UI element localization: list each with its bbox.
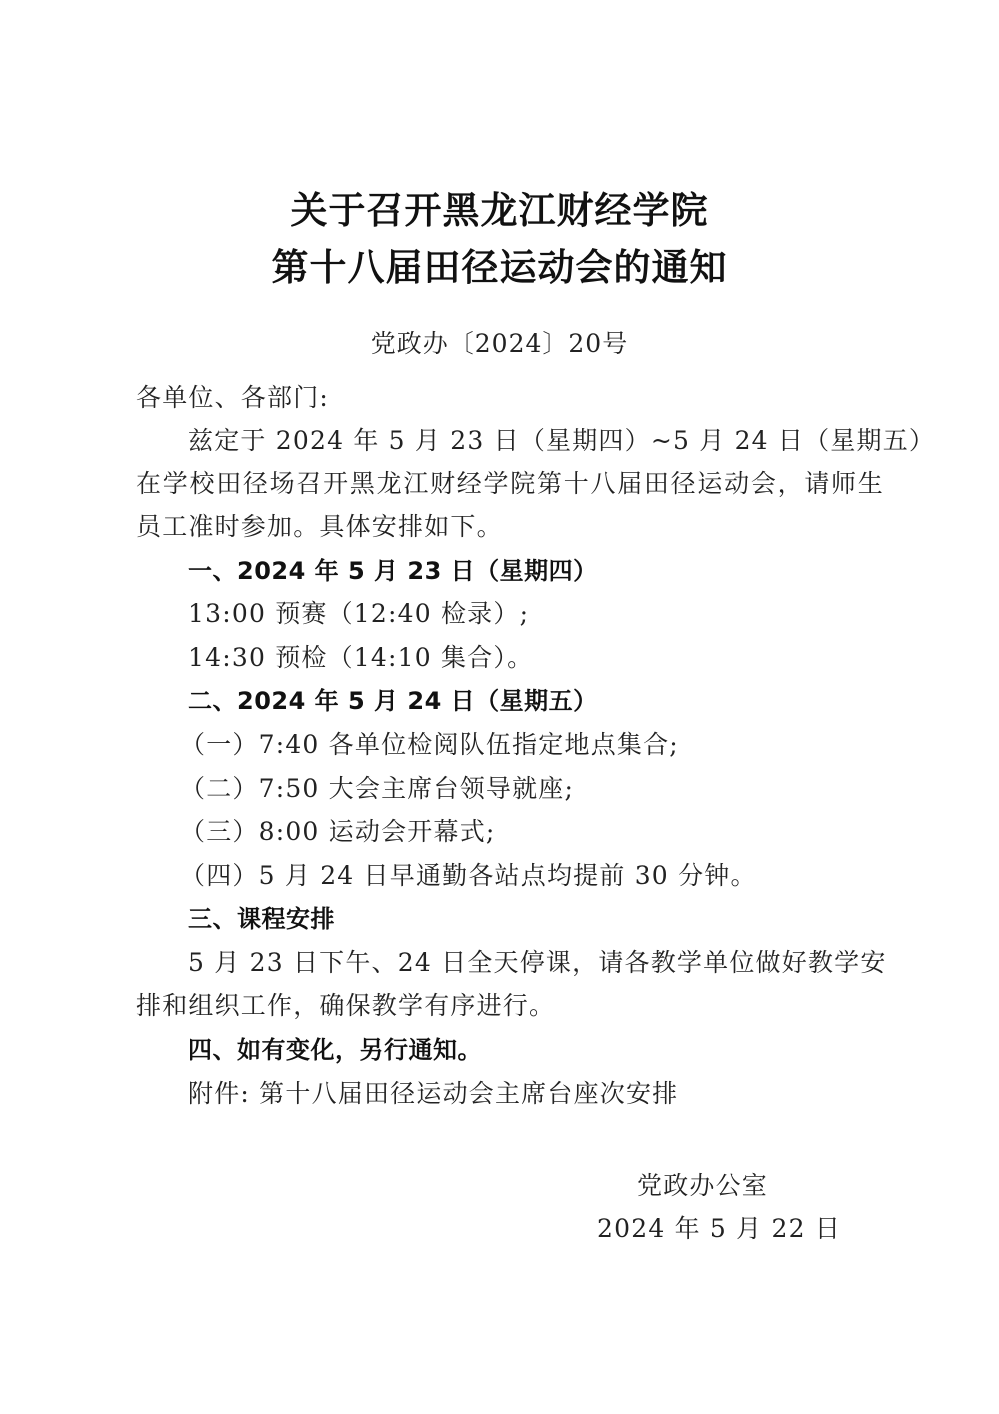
signature-date: 2024 年 5 月 22 日 xyxy=(597,1209,841,1245)
section-3-heading: 三、课程安排 xyxy=(188,902,936,936)
intro-line-2: 在学校田径场召开黑龙江财经学院第十八届田径运动会，请师生 xyxy=(136,467,884,501)
signature-office: 党政办公室 xyxy=(637,1166,768,1202)
title-line-2: 第十八届田径运动会的通知 xyxy=(0,237,999,291)
section-1-item-1: 13:00 预赛（12:40 检录）; xyxy=(188,597,936,631)
section-3-body-line-2: 排和组织工作，确保教学有序进行。 xyxy=(136,989,884,1023)
section-3-body-line-1: 5 月 23 日下午、24 日全天停课，请各教学单位做好教学安 xyxy=(188,946,882,980)
intro-line-1: 兹定于 2024 年 5 月 23 日（星期四）~5 月 24 日（星期五） xyxy=(188,424,882,458)
section-4-heading: 四、如有变化，另行通知。 xyxy=(188,1033,936,1067)
section-2-item-1: （一）7:40 各单位检阅队伍指定地点集合; xyxy=(180,728,928,762)
section-2-heading: 二、2024 年 5 月 24 日（星期五） xyxy=(188,684,936,718)
section-2-item-4: （四）5 月 24 日早通勤各站点均提前 30 分钟。 xyxy=(180,859,928,893)
section-2-item-3: （三）8:00 运动会开幕式; xyxy=(180,815,928,849)
section-1-heading: 一、2024 年 5 月 23 日（星期四） xyxy=(188,554,936,588)
document-number: 党政办〔2024〕20号 xyxy=(0,324,999,360)
title-line-1: 关于召开黑龙江财经学院 xyxy=(0,180,999,234)
salutation: 各单位、各部门: xyxy=(136,381,884,415)
intro-line-3: 员工准时参加。具体安排如下。 xyxy=(136,510,884,544)
document-page: 关于召开黑龙江财经学院 第十八届田径运动会的通知 党政办〔2024〕20号 各单… xyxy=(0,0,999,1414)
section-1-item-2: 14:30 预检（14:10 集合）。 xyxy=(188,641,936,675)
attachment-note: 附件: 第十八届田径运动会主席台座次安排 xyxy=(188,1077,936,1111)
section-2-item-2: （二）7:50 大会主席台领导就座; xyxy=(180,772,928,806)
